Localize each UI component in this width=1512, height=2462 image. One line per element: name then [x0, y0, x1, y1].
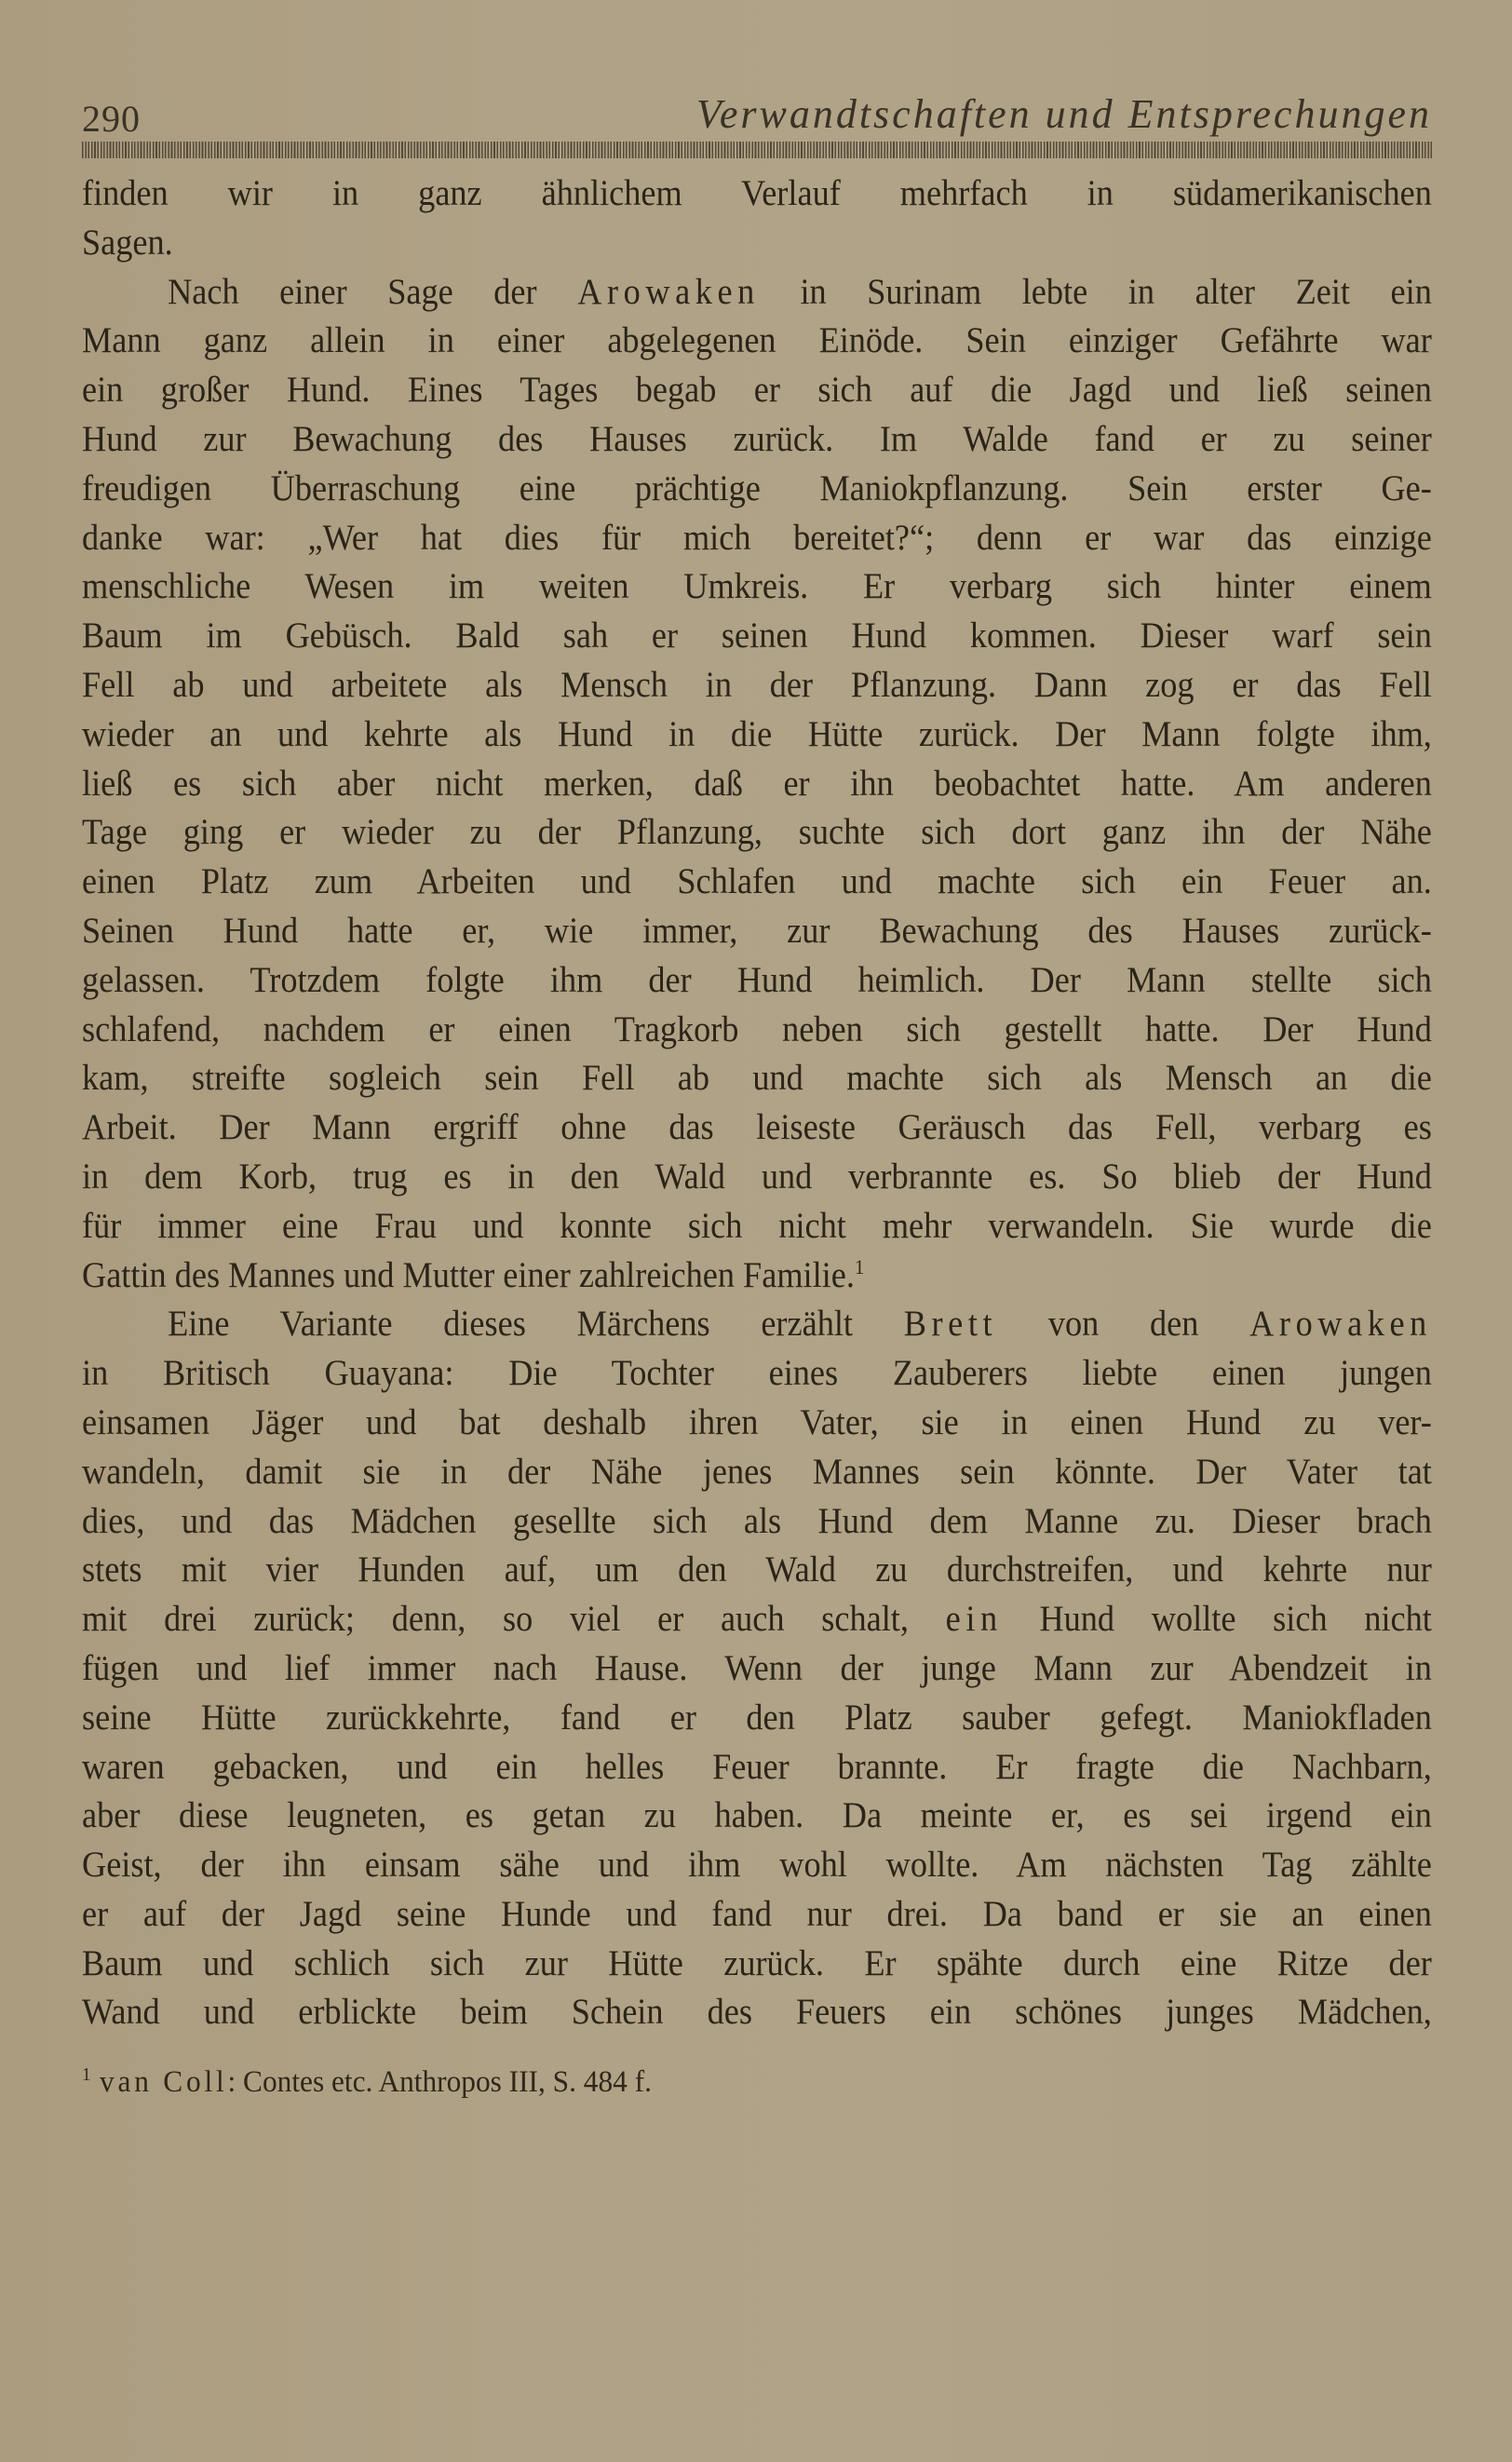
- emphasized-name: Brett: [904, 1304, 997, 1344]
- text-line: in dem Korb, trug es in den Wald und ver…: [82, 1153, 1432, 1202]
- text-segment: in Surinam lebte in alter Zeit ein: [760, 272, 1432, 312]
- text-line: ließ es sich aber nicht merken, daß er i…: [82, 760, 1432, 809]
- text-segment: Baum und schlich sich zur Hütte zurück. …: [82, 1943, 1432, 1983]
- text-segment: Seinen Hund hatte er, wie immer, zur Bew…: [82, 911, 1432, 951]
- text-segment: freudigen Überraschung eine prächtige Ma…: [82, 468, 1432, 508]
- text-line: einsamen Jäger und bat deshalb ihren Vat…: [82, 1399, 1432, 1448]
- text-segment: ließ es sich aber nicht merken, daß er i…: [82, 764, 1432, 804]
- text-segment: Tage ging er wieder zu der Pflanzung, su…: [82, 812, 1432, 852]
- text-segment: von den: [997, 1304, 1249, 1344]
- text-segment: Geist, der ihn einsam sähe und ihm wohl …: [82, 1845, 1432, 1885]
- emphasized-name: Arowaken: [577, 272, 760, 312]
- text-line: schlafend, nachdem er einen Tragkorb neb…: [82, 1006, 1432, 1055]
- text-segment: finden wir in ganz ähnlichem Verlauf meh…: [82, 173, 1432, 213]
- text-segment: Mann ganz allein in einer abgelegenen Ei…: [82, 320, 1432, 360]
- text-line: Sagen.: [82, 219, 1432, 268]
- text-line: kam, streifte sogleich sein Fell ab und …: [82, 1054, 1432, 1103]
- text-segment: er auf der Jagd seine Hunde und fand nur…: [82, 1894, 1432, 1934]
- text-line: Gattin des Mannes und Mutter einer zahlr…: [82, 1251, 1432, 1301]
- running-head: 290 Verwandtschaften und Entsprechungen: [82, 91, 1432, 142]
- text-segment: schlafend, nachdem er einen Tragkorb neb…: [82, 1009, 1432, 1049]
- text-line: waren gebacken, und ein helles Feuer bra…: [82, 1743, 1432, 1792]
- footnote-mark: 1: [82, 2064, 91, 2085]
- text-line: Baum im Gebüsch. Bald sah er seinen Hund…: [82, 612, 1432, 661]
- text-segment: dies, und das Mädchen gesellte sich als …: [82, 1501, 1432, 1541]
- text-line: finden wir in ganz ähnlichem Verlauf meh…: [82, 169, 1432, 219]
- text-segment: einen Platz zum Arbeiten und Schlafen un…: [82, 861, 1432, 901]
- text-segment: Fell ab und arbeitete als Mensch in der …: [82, 665, 1432, 705]
- text-line: Geist, der ihn einsam sähe und ihm wohl …: [82, 1841, 1432, 1890]
- text-segment: danke war: „Wer hat dies für mich bereit…: [82, 518, 1432, 558]
- text-segment: kam, streifte sogleich sein Fell ab und …: [82, 1058, 1432, 1098]
- text-segment: stets mit vier Hunden auf, um den Wald z…: [82, 1549, 1432, 1589]
- text-segment: einsamen Jäger und bat deshalb ihren Vat…: [82, 1402, 1432, 1442]
- text-segment: Hund zur Bewachung des Hauses zurück. Im…: [82, 419, 1432, 459]
- text-segment: ein großer Hund. Eines Tages begab er si…: [82, 370, 1432, 410]
- text-segment: gelassen. Trotzdem folgte ihm der Hund h…: [82, 960, 1432, 1000]
- emphasized-name: ein: [946, 1599, 1003, 1639]
- text-segment: in dem Korb, trug es in den Wald und ver…: [82, 1157, 1432, 1197]
- text-line: stets mit vier Hunden auf, um den Wald z…: [82, 1546, 1432, 1595]
- page-number: 290: [82, 99, 141, 140]
- text-segment: seine Hütte zurückkehrte, fand er den Pl…: [82, 1698, 1432, 1738]
- text-line: Hund zur Bewachung des Hauses zurück. Im…: [82, 415, 1432, 465]
- text-line: ein großer Hund. Eines Tages begab er si…: [82, 366, 1432, 415]
- text-segment: waren gebacken, und ein helles Feuer bra…: [82, 1747, 1432, 1787]
- text-line: Wand und erblickte beim Schein des Feuer…: [82, 1988, 1432, 2037]
- footnote-text: : Contes etc. Anthropos III, S. 484 f.: [228, 2065, 652, 2099]
- text-segment: Baum im Gebüsch. Bald sah er seinen Hund…: [82, 615, 1432, 656]
- text-line: Tage ging er wieder zu der Pflanzung, su…: [82, 808, 1432, 858]
- text-line: mit drei zurück; denn, so viel er auch s…: [82, 1595, 1432, 1644]
- text-line: gelassen. Trotzdem folgte ihm der Hund h…: [82, 956, 1432, 1006]
- text-segment: Sagen.: [82, 223, 173, 263]
- body-text: finden wir in ganz ähnlichem Verlauf meh…: [82, 169, 1432, 2037]
- text-line: Eine Variante dieses Märchens erzählt Br…: [82, 1300, 1432, 1349]
- text-line: für immer eine Frau und konnte sich nich…: [82, 1202, 1432, 1251]
- text-line: menschliche Wesen im weiten Umkreis. Er …: [82, 562, 1432, 612]
- text-segment: Gattin des Mannes und Mutter einer zahlr…: [82, 1255, 855, 1295]
- text-segment: mit drei zurück; denn, so viel er auch s…: [82, 1599, 946, 1639]
- text-line: Seinen Hund hatte er, wie immer, zur Bew…: [82, 907, 1432, 956]
- text-segment: Arbeit. Der Mann ergriff ohne das leises…: [82, 1107, 1432, 1147]
- text-segment: Wand und erblickte beim Schein des Feuer…: [82, 1992, 1432, 2032]
- text-line: danke war: „Wer hat dies für mich bereit…: [82, 514, 1432, 563]
- footnote-reference: 1: [855, 1255, 864, 1278]
- text-line: Arbeit. Der Mann ergriff ohne das leises…: [82, 1103, 1432, 1153]
- text-segment: aber diese leugneten, es getan zu haben.…: [82, 1795, 1432, 1835]
- text-line: freudigen Überraschung eine prächtige Ma…: [82, 465, 1432, 514]
- text-segment: wieder an und kehrte als Hund in die Hüt…: [82, 714, 1432, 754]
- text-segment: in Britisch Guayana: Die Tochter eines Z…: [82, 1353, 1432, 1393]
- text-segment: Eine Variante dieses Märchens erzählt: [168, 1304, 904, 1344]
- text-line: in Britisch Guayana: Die Tochter eines Z…: [82, 1349, 1432, 1399]
- text-segment: fügen und lief immer nach Hause. Wenn de…: [82, 1648, 1432, 1688]
- footnote: 1van Coll: Contes etc. Anthropos III, S.…: [82, 2062, 652, 2103]
- text-segment: wandeln, damit sie in der Nähe jenes Man…: [82, 1452, 1432, 1492]
- text-line: Mann ganz allein in einer abgelegenen Ei…: [82, 317, 1432, 366]
- running-title: Verwandtschaften und Entsprechungen: [696, 91, 1432, 138]
- text-line: Baum und schlich sich zur Hütte zurück. …: [82, 1940, 1432, 1989]
- footnote-author: van Coll: [100, 2065, 228, 2099]
- text-line: Nach einer Sage der Arowaken in Surinam …: [82, 268, 1432, 318]
- text-line: fügen und lief immer nach Hause. Wenn de…: [82, 1644, 1432, 1694]
- text-segment: Hund wollte sich nicht: [1003, 1599, 1432, 1639]
- text-segment: Nach einer Sage der: [168, 272, 577, 312]
- text-line: er auf der Jagd seine Hunde und fand nur…: [82, 1890, 1432, 1940]
- text-line: wieder an und kehrte als Hund in die Hüt…: [82, 710, 1432, 760]
- text-line: aber diese leugneten, es getan zu haben.…: [82, 1792, 1432, 1841]
- emphasized-name: Arowaken: [1249, 1304, 1432, 1344]
- text-line: dies, und das Mädchen gesellte sich als …: [82, 1497, 1432, 1547]
- decorative-rule: [82, 142, 1432, 158]
- text-line: Fell ab und arbeitete als Mensch in der …: [82, 661, 1432, 710]
- text-segment: für immer eine Frau und konnte sich nich…: [82, 1206, 1432, 1246]
- text-segment: menschliche Wesen im weiten Umkreis. Er …: [82, 566, 1432, 606]
- text-line: einen Platz zum Arbeiten und Schlafen un…: [82, 858, 1432, 907]
- text-line: wandeln, damit sie in der Nähe jenes Man…: [82, 1448, 1432, 1497]
- text-line: seine Hütte zurückkehrte, fand er den Pl…: [82, 1694, 1432, 1743]
